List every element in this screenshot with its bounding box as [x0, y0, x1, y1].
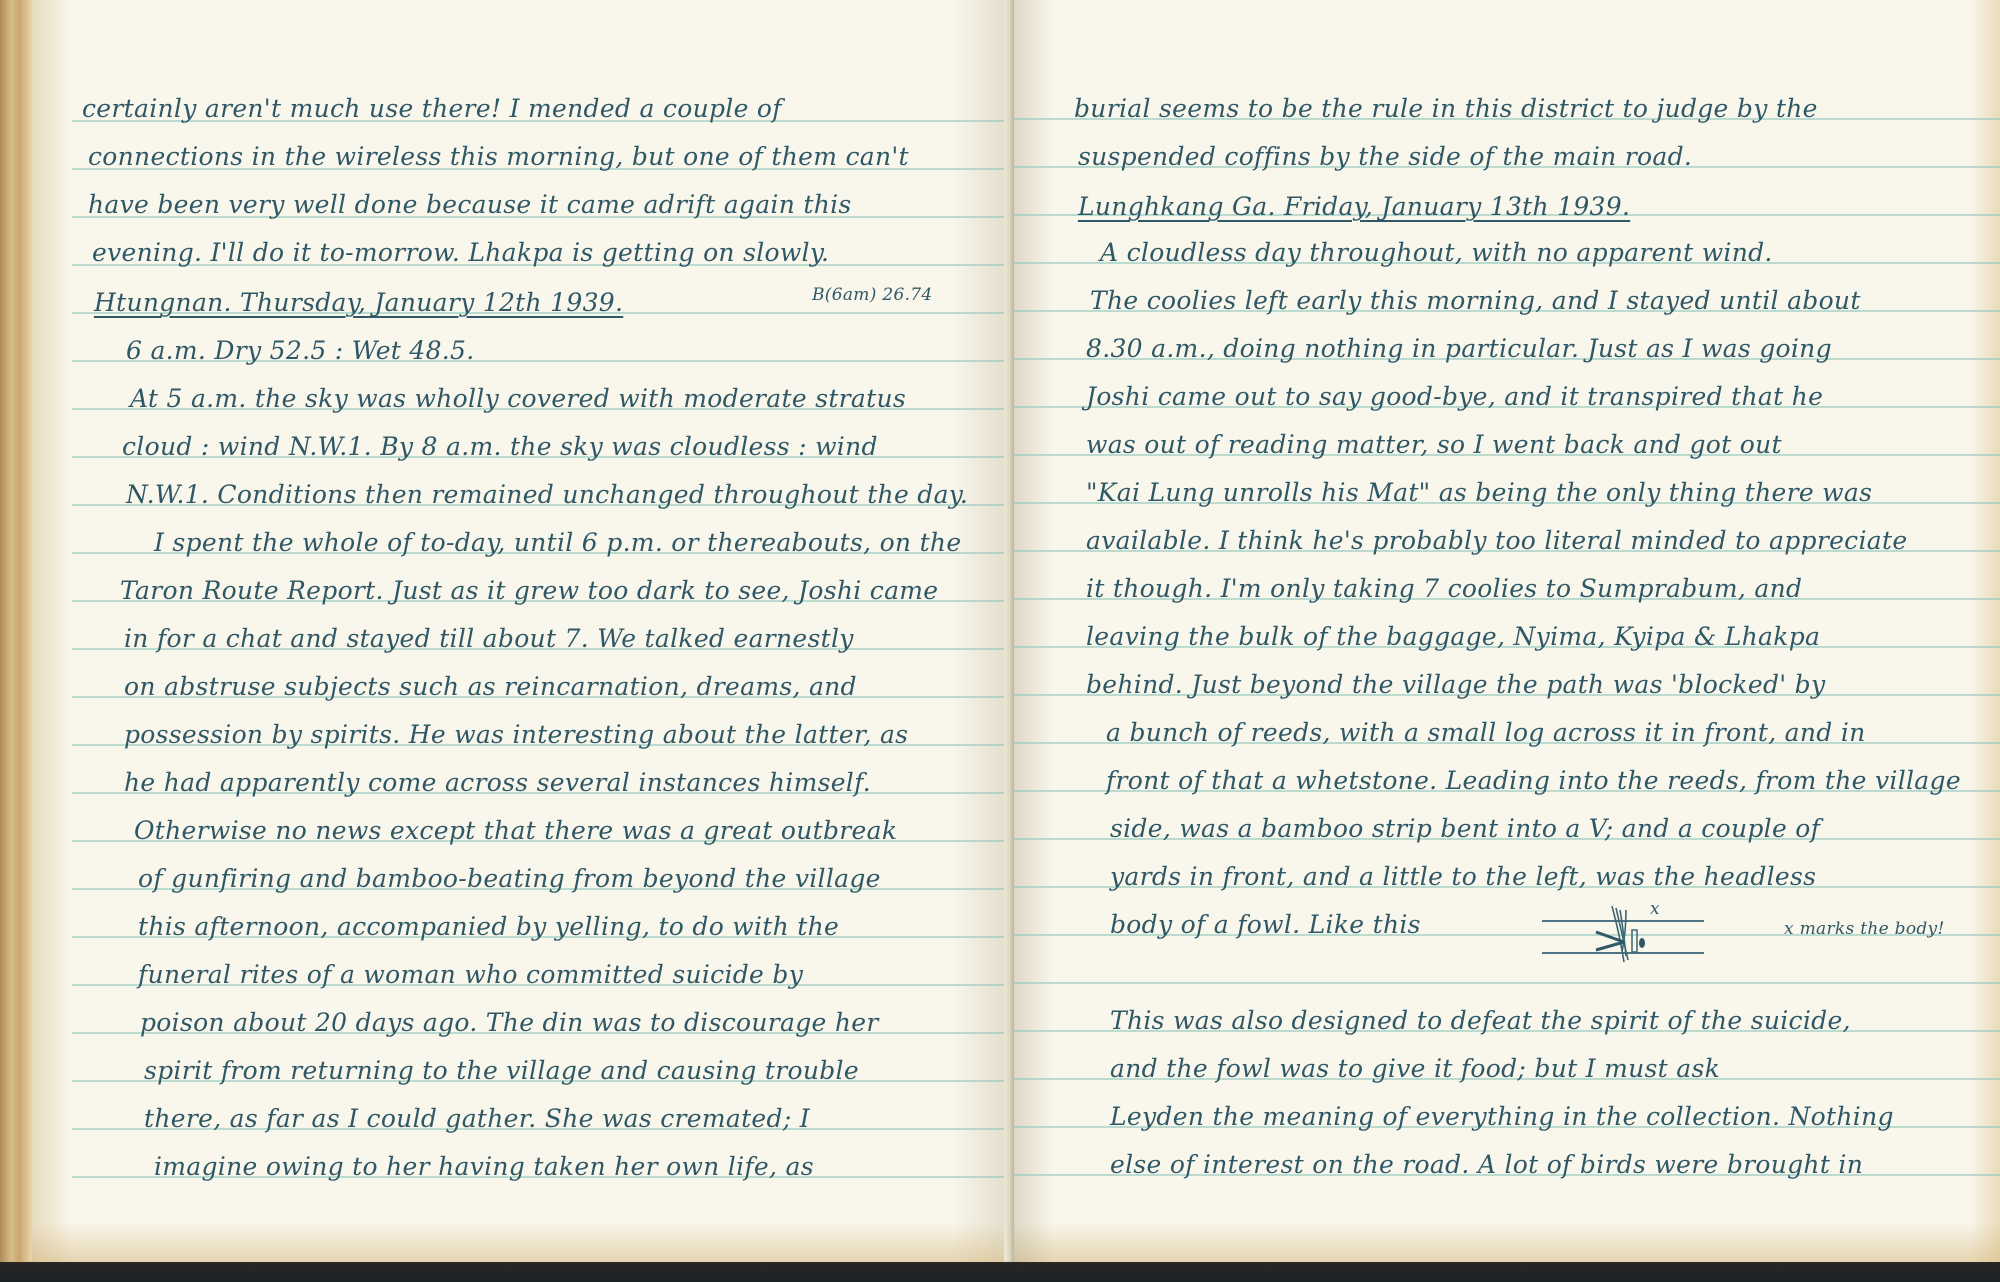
diary-line: The coolies left early this morning, and…	[1090, 286, 1861, 316]
diary-line: was out of reading matter, so I went bac…	[1086, 430, 1782, 460]
entry-heading: Htungnan. Thursday, January 12th 1939.	[94, 288, 623, 318]
diary-line: this afternoon, accompanied by yelling, …	[138, 912, 839, 942]
diary-line: evening. I'll do it to-morrow. Lhakpa is…	[92, 238, 829, 268]
sketch-marker: x	[1650, 894, 1660, 924]
right-page: burial seems to be the rule in this dist…	[1014, 0, 2000, 1262]
left-page: certainly aren't much use there! I mende…	[32, 0, 1012, 1262]
diary-line: available. I think he's probably too lit…	[1086, 526, 1907, 556]
diary-line: there, as far as I could gather. She was…	[144, 1104, 810, 1134]
diary-line: he had apparently come across several in…	[124, 768, 871, 798]
diary-line: side, was a bamboo strip bent into a V; …	[1110, 814, 1820, 844]
diary-line: leaving the bulk of the baggage, Nyima, …	[1086, 622, 1820, 652]
diary-line: burial seems to be the rule in this dist…	[1074, 94, 1818, 124]
path-block-sketch-icon	[1534, 896, 1714, 966]
diary-line: Taron Route Report. Just as it grew too …	[120, 576, 938, 606]
sketch-caption: x marks the body!	[1784, 914, 1945, 944]
diary-line: poison about 20 days ago. The din was to…	[140, 1008, 879, 1038]
diary-line: Joshi came out to say good-bye, and it t…	[1086, 382, 1823, 412]
diary-line: 6 a.m. Dry 52.5 : Wet 48.5.	[126, 336, 475, 366]
diary-line: Otherwise no news except that there was …	[134, 816, 897, 846]
diary-line: body of a fowl. Like this	[1110, 910, 1421, 940]
diary-line: This was also designed to defeat the spi…	[1110, 1006, 1851, 1036]
barometer-note: B(6am) 26.74	[812, 280, 933, 310]
open-notebook: certainly aren't much use there! I mende…	[0, 0, 2000, 1262]
diary-line: yards in front, and a little to the left…	[1110, 862, 1816, 892]
diary-line: behind. Just beyond the village the path…	[1086, 670, 1825, 700]
diary-line: in for a chat and stayed till about 7. W…	[124, 624, 854, 654]
diary-line: else of interest on the road. A lot of b…	[1110, 1150, 1863, 1180]
diary-line: of gunfiring and bamboo-beating from bey…	[138, 864, 881, 894]
diary-line: have been very well done because it came…	[88, 190, 852, 220]
diary-line: "Kai Lung unrolls his Mat" as being the …	[1086, 478, 1872, 508]
diary-line: front of that a whetstone. Leading into …	[1106, 766, 1961, 796]
diary-line: 8.30 a.m., doing nothing in particular. …	[1086, 334, 1832, 364]
diary-line: certainly aren't much use there! I mende…	[82, 94, 782, 124]
diary-line: connections in the wireless this morning…	[88, 142, 909, 172]
diary-line: A cloudless day throughout, with no appa…	[1100, 238, 1773, 268]
diary-line: spirit from returning to the village and…	[144, 1056, 859, 1086]
diary-line: funeral rites of a woman who committed s…	[138, 960, 803, 990]
page-block-edge	[0, 0, 32, 1262]
diary-line: At 5 a.m. the sky was wholly covered wit…	[130, 384, 906, 414]
diary-line: suspended coffins by the side of the mai…	[1078, 142, 1692, 172]
diary-line: possession by spirits. He was interestin…	[124, 720, 908, 750]
diary-line: and the fowl was to give it food; but I …	[1110, 1054, 1720, 1084]
diary-line: imagine owing to her having taken her ow…	[154, 1152, 814, 1182]
entry-heading: Lunghkang Ga. Friday, January 13th 1939.	[1078, 192, 1630, 222]
diary-line: I spent the whole of to-day, until 6 p.m…	[154, 528, 961, 558]
diary-line: cloud : wind N.W.1. By 8 a.m. the sky wa…	[122, 432, 878, 462]
diary-line: a bunch of reeds, with a small log acros…	[1106, 718, 1866, 748]
diary-line: it though. I'm only taking 7 coolies to …	[1086, 574, 1802, 604]
diary-line: on abstruse subjects such as reincarnati…	[124, 672, 857, 702]
desk-background	[0, 1262, 2000, 1282]
diary-line: Leyden the meaning of everything in the …	[1110, 1102, 1894, 1132]
diary-line: N.W.1. Conditions then remained unchange…	[126, 480, 968, 510]
